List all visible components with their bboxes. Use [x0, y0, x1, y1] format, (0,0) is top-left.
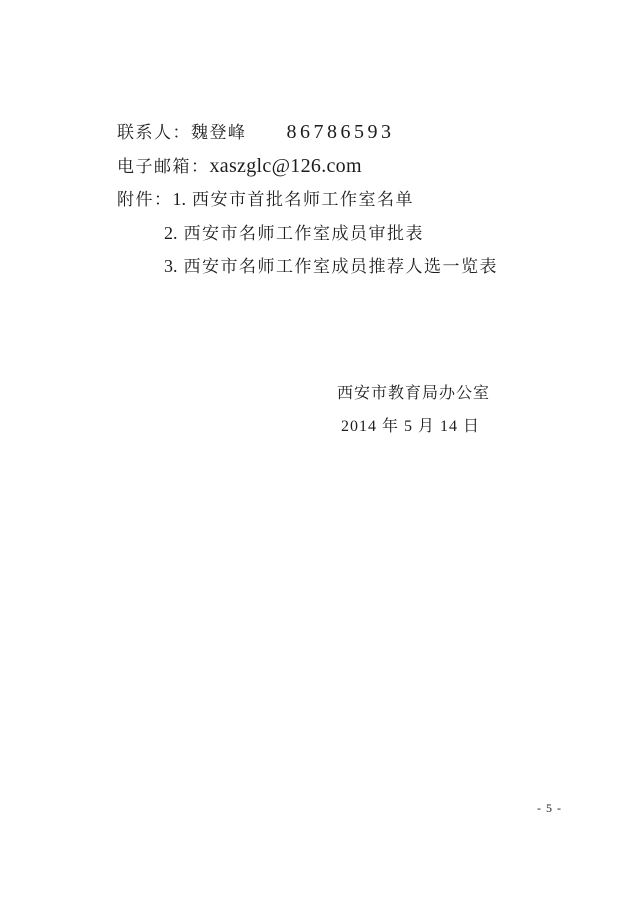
email-line: 电子邮箱：xaszglc@126.com	[117, 150, 498, 184]
document-body: 联系人：魏登峰86786593 电子邮箱：xaszglc@126.com 附件：…	[117, 116, 498, 284]
contact-name: 魏登峰	[191, 123, 247, 142]
attachment-1-number: 1.	[173, 189, 187, 209]
attachment-line-3: 3.西安市名师工作室成员推荐人选一览表	[117, 250, 498, 284]
contact-line: 联系人：魏登峰86786593	[117, 116, 498, 150]
signature-date: 2014 年 5 月 14 日	[341, 413, 480, 436]
attachment-line-2: 2.西安市名师工作室成员审批表	[117, 217, 498, 251]
document-page: 联系人：魏登峰86786593 电子邮箱：xaszglc@126.com 附件：…	[0, 0, 640, 905]
email-label: 电子邮箱：	[117, 157, 210, 176]
attachment-2-number: 2.	[164, 223, 178, 243]
attachment-2-title: 西安市名师工作室成员审批表	[184, 224, 425, 243]
signature-organization: 西安市教育局办公室	[337, 380, 490, 403]
page-number: - 5 -	[537, 801, 562, 816]
attachment-3-number: 3.	[164, 256, 178, 276]
contact-phone: 86786593	[287, 121, 395, 143]
attachment-3-title: 西安市名师工作室成员推荐人选一览表	[184, 257, 499, 276]
attachment-1-title: 西安市首批名师工作室名单	[192, 190, 414, 209]
attachments-label: 附件：	[117, 190, 173, 209]
contact-label: 联系人：	[117, 123, 191, 142]
attachment-line-1: 附件：1.西安市首批名师工作室名单	[117, 183, 498, 217]
email-address: xaszglc@126.com	[210, 155, 362, 177]
